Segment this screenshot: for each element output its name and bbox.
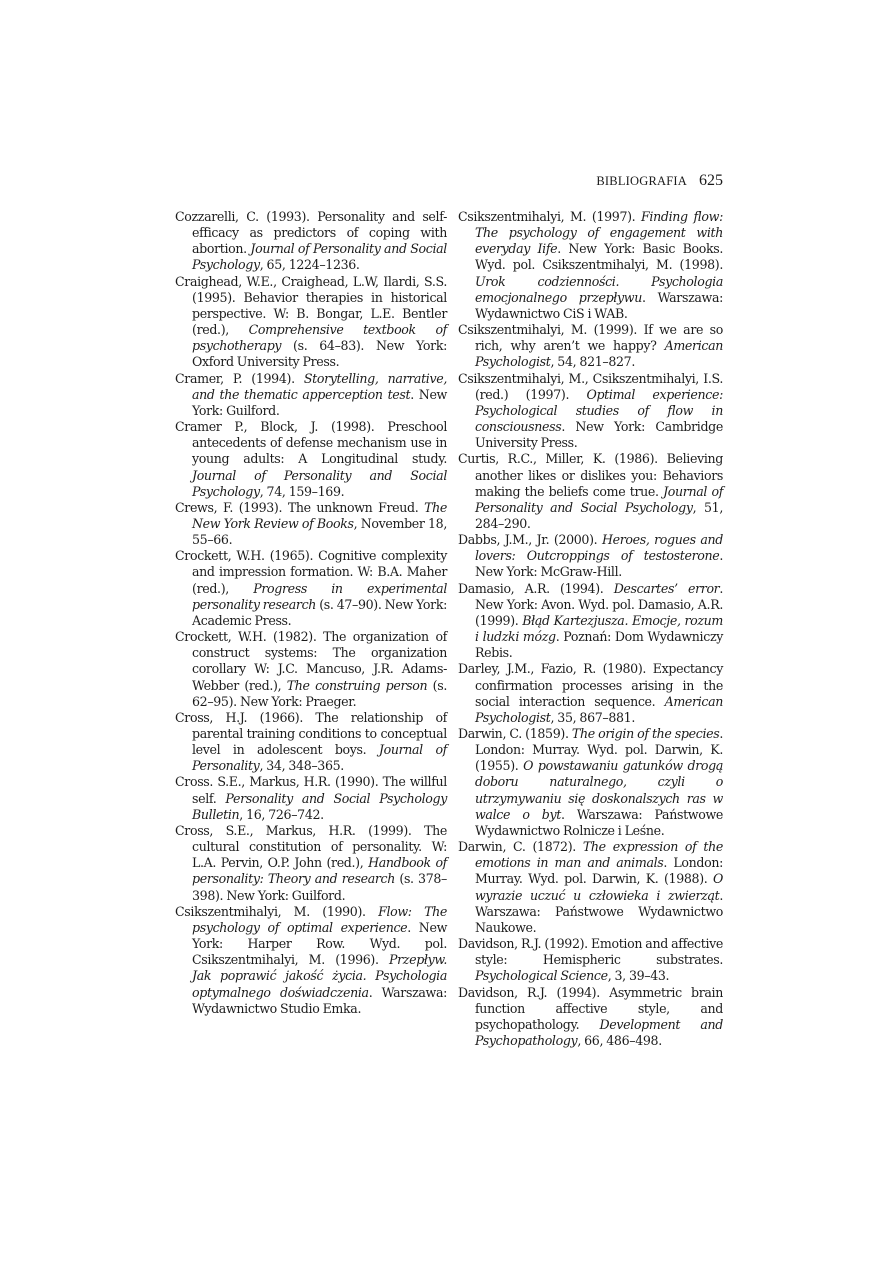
bibliography-entry: Csikszentmihalyi, M. (1990). Flow: The p… (175, 904, 447, 1017)
bibliography-column-left: Cozzarelli, C. (1993). Personality and s… (175, 209, 447, 1017)
bibliography-column-right: Csikszentmihalyi, M. (1997). Finding flo… (458, 209, 723, 1049)
bibliography-entry: Damasio, A.R. (1994). Descartes’ error. … (458, 581, 723, 662)
bibliography-entry: Darwin, C. (1859). The origin of the spe… (458, 726, 723, 839)
entry-text: , 54, 821–827. (550, 354, 635, 369)
bibliography-entry: Cross. S.E., Markus, H.R. (1990). The wi… (175, 774, 447, 822)
bibliography-entry: Csikszentmihalyi, M. (1997). Finding flo… (458, 209, 723, 322)
entry-text: , 74, 159–169. (260, 484, 345, 499)
entry-text: , 3, 39–43. (608, 968, 670, 983)
entry-text: Csikszentmihalyi, M. (1990). (175, 904, 378, 919)
bibliography-entry: Dabbs, J.M., Jr. (2000). Heroes, rogues … (458, 532, 723, 580)
entry-title-italic: Descartes’ error (614, 581, 720, 596)
entry-text: Csikszentmihalyi, M. (1997). (458, 209, 641, 224)
entry-text: , 16, 726–742. (239, 807, 324, 822)
entry-text: , 34, 348–365. (259, 758, 344, 773)
bibliography-entry: Davidson, R.J. (1992). Emotion and affec… (458, 936, 723, 984)
bibliography-entry: Cozzarelli, C. (1993). Personality and s… (175, 209, 447, 274)
entry-text: Cramer, P. (1994). (175, 371, 304, 386)
book-page: BIBLIOGRAFIA625 Cozzarelli, C. (1993). P… (0, 0, 893, 1263)
bibliography-entry: Csikszentmihalyi, M. (1999). If we are s… (458, 322, 723, 370)
entry-text: Cramer P., Block, J. (1998). Preschool a… (175, 419, 447, 466)
entry-title-italic: The origin of the species (572, 726, 719, 741)
bibliography-entry: Cramer, P. (1994). Storytelling, narrati… (175, 371, 447, 419)
bibliography-entry: Crockett, W.H. (1982). The organization … (175, 629, 447, 710)
entry-text: Davidson, R.J. (1992). Emotion and affec… (458, 936, 723, 967)
running-title: BIBLIOGRAFIA (596, 174, 687, 188)
entry-text: Darwin, C. (1859). (458, 726, 572, 741)
entry-text: Damasio, A.R. (1994). (458, 581, 614, 596)
bibliography-entry: Craighead, W.E., Craighead, L.W, Ilardi,… (175, 274, 447, 371)
bibliography-entry: Crockett, W.H. (1965). Cognitive complex… (175, 548, 447, 629)
entry-title-italic: The construing person (287, 678, 428, 693)
bibliography-entry: Csikszentmihalyi, M., Csikszentmihalyi, … (458, 371, 723, 452)
entry-text: Dabbs, J.M., Jr. (2000). (458, 532, 602, 547)
bibliography-entry: Cross, S.E., Markus, H.R. (1999). The cu… (175, 823, 447, 904)
entry-text: , 65, 1224–1236. (260, 257, 360, 272)
bibliography-entry: Curtis, R.C., Miller, K. (1986). Believi… (458, 451, 723, 532)
entry-text: Crews, F. (1993). The unknown Freud. (175, 500, 424, 515)
bibliography-entry: Crews, F. (1993). The unknown Freud. The… (175, 500, 447, 548)
page-number: 625 (699, 172, 723, 189)
bibliography-entry: Cramer P., Block, J. (1998). Preschool a… (175, 419, 447, 500)
bibliography-entry: Darley, J.M., Fazio, R. (1980). Expectan… (458, 661, 723, 726)
entry-title-italic: Psychological Science (475, 968, 608, 983)
bibliography-entry: Davidson, R.J. (1994). Asymmetric brain … (458, 985, 723, 1050)
bibliography-entry: Cross, H.J. (1966). The relationship of … (175, 710, 447, 775)
entry-text: Darwin, C. (1872). (458, 839, 583, 854)
entry-text: , 35, 867–881. (550, 710, 635, 725)
bibliography-entry: Darwin, C. (1872). The expression of the… (458, 839, 723, 936)
entry-text: , 66, 486–498. (577, 1033, 662, 1048)
page-header: BIBLIOGRAFIA625 (560, 172, 723, 190)
